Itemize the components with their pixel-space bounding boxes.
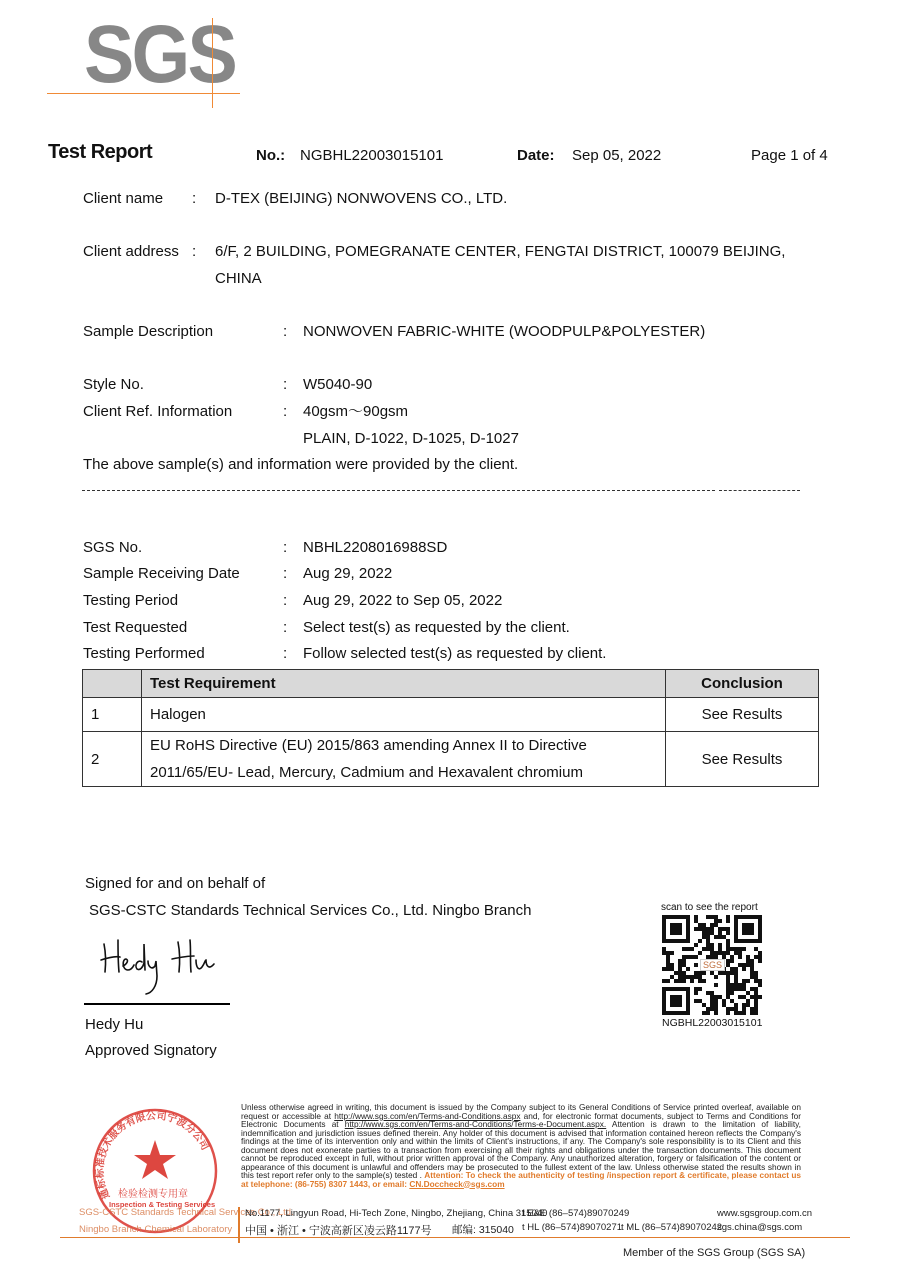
separator-dashed-end <box>719 490 800 491</box>
row-requirement-line1: EU RoHS Directive (EU) 2015/863 amending… <box>150 732 665 759</box>
header-conclusion: Conclusion <box>666 670 819 698</box>
signatory-name: Hedy Hu <box>85 1016 143 1034</box>
client-address-line1: 6/F, 2 BUILDING, POMEGRANATE CENTER, FEN… <box>215 243 785 261</box>
detail-label: Testing Performed <box>83 645 205 663</box>
date-label: Date: <box>517 147 555 164</box>
qr-report-number: NGBHL22003015101 <box>662 1017 762 1029</box>
client-name-value: D-TEX (BEIJING) NONWOVENS CO., LTD. <box>215 190 507 208</box>
table-header-row: Test Requirement Conclusion <box>83 670 819 698</box>
row-no: 1 <box>83 698 142 732</box>
table-row: 2 EU RoHS Directive (EU) 2015/863 amendi… <box>83 732 819 787</box>
sample-description-label: Sample Description <box>83 323 213 341</box>
sample-note: The above sample(s) and information were… <box>83 456 518 474</box>
signature-line <box>84 1003 230 1005</box>
tel-ee: t E&E (86–574)89070249 <box>522 1208 629 1219</box>
detail-label: SGS No. <box>83 539 142 557</box>
tel-ml: t ML (86–574)89070242 <box>621 1222 722 1233</box>
sample-description-value: NONWOVEN FABRIC-WHITE (WOODPULP&POLYESTE… <box>303 323 705 341</box>
colon: : <box>283 565 287 583</box>
date-value: Sep 05, 2022 <box>572 147 661 164</box>
row-conclusion: See Results <box>666 732 819 787</box>
detail-value: Aug 29, 2022 <box>303 565 392 583</box>
logo-vertical-rule <box>212 18 213 108</box>
qr-code[interactable]: SGS <box>662 915 762 1015</box>
test-requirement-table: Test Requirement Conclusion 1 Halogen Se… <box>82 669 819 787</box>
row-requirement: Halogen <box>142 698 666 732</box>
row-requirement-line2: 2011/65/EU- Lead, Mercury, Cadmium and H… <box>150 759 665 786</box>
address-cn: 中国 • 浙江 • 宁波高新区凌云路1177号 <box>245 1222 432 1238</box>
report-no-label: No.: <box>256 147 285 164</box>
colon: : <box>283 592 287 610</box>
member-of-sgs-group: Member of the SGS Group (SGS SA) <box>623 1247 805 1259</box>
row-requirement: EU RoHS Directive (EU) 2015/863 amending… <box>142 732 666 787</box>
colon: : <box>192 243 196 261</box>
colon: : <box>283 539 287 557</box>
report-title: Test Report <box>48 141 152 164</box>
report-no-value: NGBHL22003015101 <box>300 147 443 164</box>
separator-dashed <box>82 490 715 491</box>
colon: : <box>283 645 287 663</box>
handwritten-signature <box>98 930 228 1000</box>
qr-center-logo: SGS <box>700 959 725 971</box>
tel-hl: t HL (86–574)89070271 <box>522 1222 622 1233</box>
style-no-label: Style No. <box>83 376 144 394</box>
detail-value: Select test(s) as requested by the clien… <box>303 619 570 637</box>
address-en: No.1177, Lingyun Road, Hi-Tech Zone, Nin… <box>245 1208 547 1219</box>
legal-disclaimer: Unless otherwise agreed in writing, this… <box>241 1103 801 1188</box>
client-ref-line1: 40gsm～90gsm <box>303 403 408 421</box>
row-no: 2 <box>83 732 142 787</box>
header-test-requirement: Test Requirement <box>142 670 666 698</box>
colon: : <box>283 619 287 637</box>
header-no <box>83 670 142 698</box>
client-ref-label: Client Ref. Information <box>83 403 232 421</box>
client-ref-line2: PLAIN, D-1022, D-1025, D-1027 <box>303 430 519 448</box>
table-row: 1 Halogen See Results <box>83 698 819 732</box>
detail-value: Follow selected test(s) as requested by … <box>303 645 606 663</box>
colon: : <box>283 323 287 341</box>
row-conclusion: See Results <box>666 698 819 732</box>
detail-value: Aug 29, 2022 to Sep 05, 2022 <box>303 592 502 610</box>
client-name-label: Client name <box>83 190 163 208</box>
signing-company: SGS-CSTC Standards Technical Services Co… <box>89 902 531 920</box>
colon: : <box>283 403 287 421</box>
detail-label: Test Requested <box>83 619 187 637</box>
colon: : <box>192 190 196 208</box>
detail-value: NBHL2208016988SD <box>303 539 447 557</box>
signed-on-behalf: Signed for and on behalf of <box>85 875 265 893</box>
page-indicator: Page 1 of 4 <box>751 147 828 164</box>
email-link[interactable]: sgs.china@sgs.com <box>717 1222 802 1233</box>
qr-caption: scan to see the report <box>661 902 758 913</box>
detail-label: Sample Receiving Date <box>83 565 240 583</box>
website-link[interactable]: www.sgsgroup.com.cn <box>717 1208 812 1219</box>
footer-horizontal-rule <box>60 1237 850 1238</box>
signatory-title: Approved Signatory <box>85 1042 217 1060</box>
detail-label: Testing Period <box>83 592 178 610</box>
doccheck-email-link[interactable]: CN.Doccheck@sgs.com <box>409 1179 504 1189</box>
client-address-line2: CHINA <box>215 270 262 288</box>
stamp-center-cn: 检验检测专用章 <box>118 1185 188 1200</box>
postcode-cn: 邮编: 315040 <box>452 1222 514 1237</box>
client-address-label: Client address <box>83 243 179 261</box>
colon: : <box>283 376 287 394</box>
stamp-overlay-line2: Ningbo Branch Chemical Laboratory <box>79 1224 232 1235</box>
style-no-value: W5040-90 <box>303 376 372 394</box>
